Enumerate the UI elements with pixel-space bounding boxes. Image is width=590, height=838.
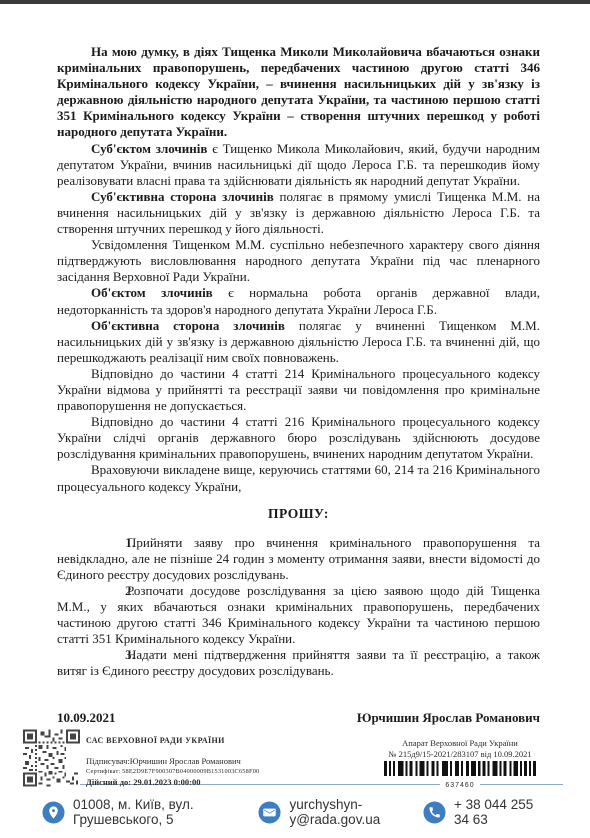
document-body: На мою думку, в діях Тищенка Миколи Мико…: [0, 4, 590, 726]
request-item: 2.Розпочати досудове розслідування за ці…: [57, 583, 540, 647]
item-number: 3.: [91, 647, 127, 663]
phone-text[interactable]: + 38 044 255 34 63: [454, 797, 548, 827]
signature-org: САС ВЕРХОВНОЇ РАДИ УКРАЇНИ: [86, 736, 351, 745]
paragraph: Суб'єктом злочинів є Тищенко Микола Мико…: [57, 141, 540, 189]
contact-email[interactable]: yurchyshyn-y@rada.gov.ua: [258, 797, 423, 827]
signature-row: 10.09.2021 Юрчишин Ярослав Романович: [57, 710, 540, 726]
item-text: Прийняти заяву про вчинення кримінальног…: [57, 535, 540, 582]
request-heading: ПРОШУ:: [57, 506, 540, 522]
item-number: 1.: [91, 535, 127, 551]
paragraph: Об'єктом злочинів є нормальна робота орг…: [57, 285, 540, 317]
email-icon: [258, 801, 281, 824]
phone-icon: [423, 801, 446, 824]
paragraph: На мою думку, в діях Тищенка Миколи Мико…: [57, 44, 540, 141]
email-text[interactable]: yurchyshyn-y@rada.gov.ua: [289, 797, 423, 827]
document-date: 10.09.2021: [57, 710, 116, 726]
signature-signer: Підписувач:Юрчишин Ярослав Романович: [86, 756, 351, 766]
request-item: 1.Прийняти заяву про вчинення кримінальн…: [57, 535, 540, 583]
qr-code: [23, 728, 80, 788]
item-number: 2.: [91, 583, 127, 599]
contact-phone[interactable]: + 38 044 255 34 63: [423, 797, 548, 827]
stamp-office: Апарат Верховної Ради України: [355, 738, 565, 748]
item-text: Надати мені підтвердження прийняття заяв…: [57, 647, 540, 678]
signatory-name: Юрчишин Ярослав Романович: [357, 710, 540, 726]
signature-validity: Дійсний до: 29.01.2023 0:00:00: [86, 777, 351, 787]
paragraph: Враховуючи викладене вище, керуючись ста…: [57, 462, 540, 494]
request-item: 3.Надати мені підтвердження прийняття за…: [57, 647, 540, 679]
paragraph: Об'єктивна сторона злочинів полягає у вч…: [57, 318, 540, 366]
address-text: 01008, м. Київ, вул. Грушевського, 5: [73, 797, 258, 827]
item-text: Розпочати досудове розслідування за цією…: [57, 583, 540, 646]
paragraph: Суб'єктивна сторона злочинів полягає в п…: [57, 189, 540, 237]
signature-certificate: Сертифікат: 58E2D9E7F900307B04000009B153…: [86, 768, 351, 775]
barcode-number: 637460: [440, 782, 479, 789]
contact-address: 01008, м. Київ, вул. Грушевського, 5: [42, 797, 258, 827]
stamp-reg-number: № 215д9/15-2021/283107 від 10.09.2021: [355, 749, 565, 759]
digital-signature-block: САС ВЕРХОВНОЇ РАДИ УКРАЇНИ Підписувач:Юр…: [86, 736, 351, 787]
paragraph: Відповідно до частини 4 статті 216 Кримі…: [57, 414, 540, 462]
paragraph: Усвідомлення Тищенком М.М. суспільно неб…: [57, 237, 540, 285]
registration-stamp: Апарат Верховної Ради України № 215д9/15…: [355, 738, 565, 794]
location-icon: [42, 801, 65, 824]
paragraph: Відповідно до частини 4 статті 214 Кримі…: [57, 366, 540, 414]
contact-bar: 01008, м. Київ, вул. Грушевського, 5 yur…: [42, 797, 548, 827]
barcode: [384, 761, 536, 776]
